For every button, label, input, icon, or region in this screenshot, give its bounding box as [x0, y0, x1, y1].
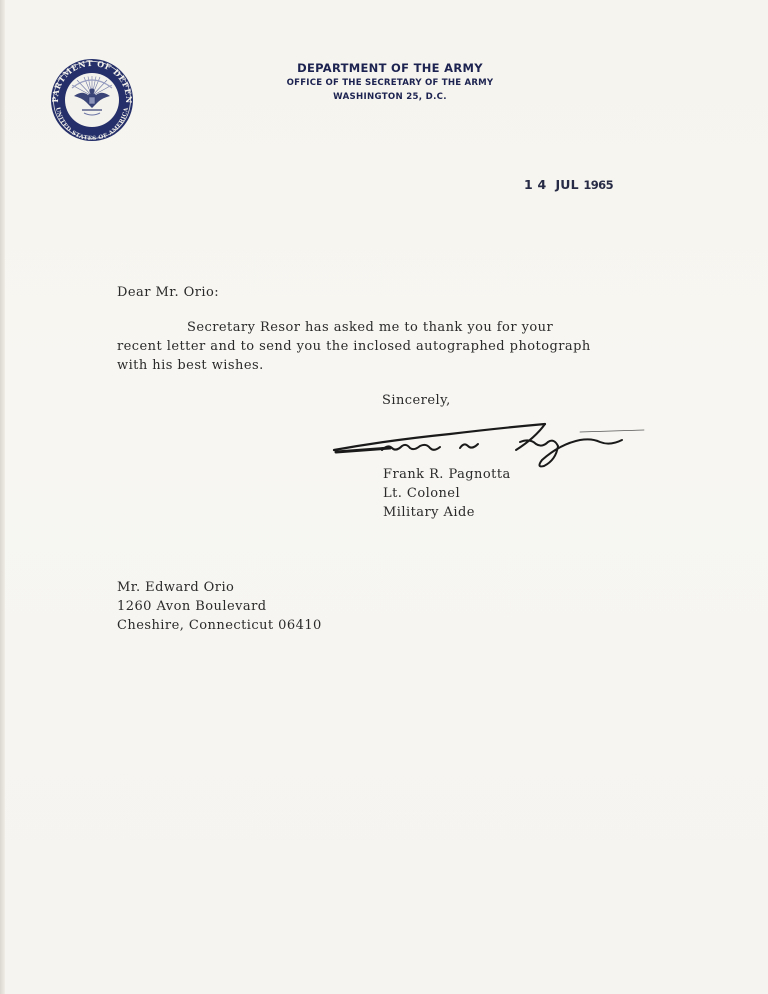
signer-block: Frank R. Pagnotta Lt. Colonel Military A…: [383, 465, 511, 522]
recipient-address: Mr. Edward Orio 1260 Avon Boulevard Ches…: [117, 578, 322, 635]
signer-title: Military Aide: [383, 503, 511, 522]
recipient-name: Mr. Edward Orio: [117, 578, 322, 597]
letterhead: DEPARTMENT OF THE ARMY OFFICE OF THE SEC…: [240, 60, 540, 104]
letterhead-address: WASHINGTON 25, D.C.: [240, 90, 540, 104]
body-line: with his best wishes.: [117, 356, 677, 375]
closing: Sincerely,: [382, 393, 451, 408]
date-year: 1965: [583, 178, 613, 192]
letterhead-office: OFFICE OF THE SECRETARY OF THE ARMY: [240, 76, 540, 90]
body-line: Secretary Resor has asked me to thank yo…: [117, 318, 677, 337]
letterhead-department: DEPARTMENT OF THE ARMY: [240, 60, 540, 76]
salutation: Dear Mr. Orio:: [117, 285, 219, 300]
date-stamp: 1 4 JUL 1965: [524, 177, 613, 192]
handwritten-signature: [330, 410, 650, 470]
recipient-street: 1260 Avon Boulevard: [117, 597, 322, 616]
body-line: recent letter and to send you the inclos…: [117, 337, 677, 356]
signer-rank: Lt. Colonel: [383, 484, 511, 503]
letter-body: Secretary Resor has asked me to thank yo…: [117, 318, 677, 375]
recipient-city: Cheshire, Connecticut 06410: [117, 616, 322, 635]
paper-edge: [0, 0, 5, 994]
date-day-month: 1 4 JUL: [524, 177, 583, 192]
department-of-defense-seal-icon: DEPARTMENT OF DEFENSE UNITED STATES OF A…: [44, 58, 140, 142]
signer-name: Frank R. Pagnotta: [383, 465, 511, 484]
